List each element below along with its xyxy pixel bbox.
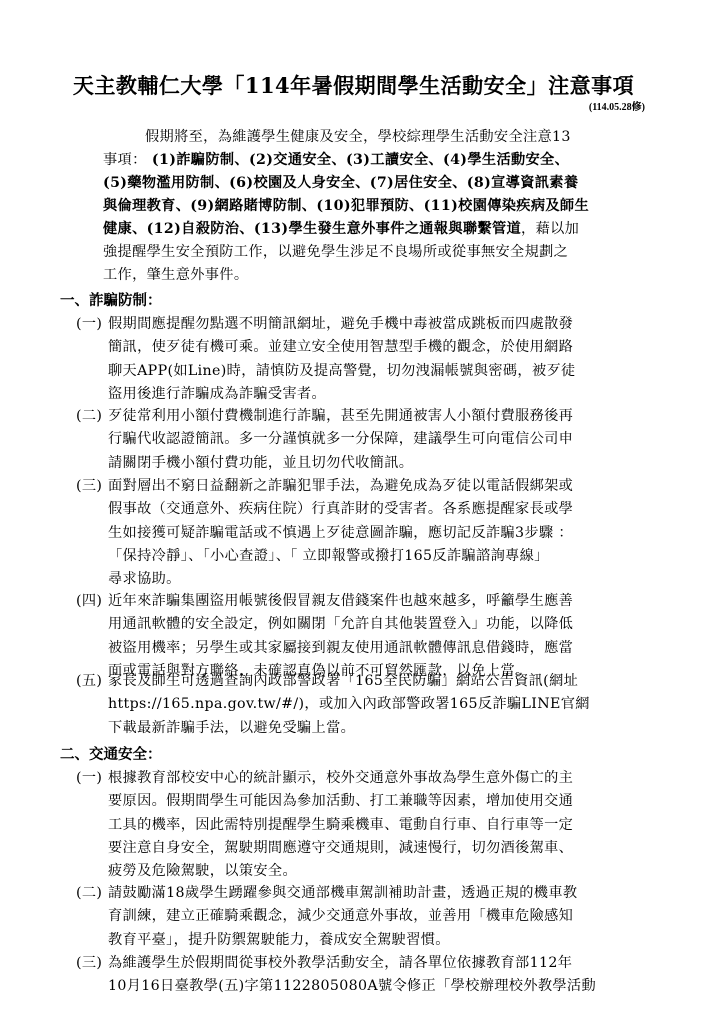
item-line: 近年來詐騙集團盜用帳號後假冒親友借錢案件也越來越多，呼籲學生應善 (108, 590, 573, 612)
item-line: 被盜用機率；另學生或其家屬接到親友使用通訊軟體傳訊息借錢時，應當 (108, 637, 573, 659)
document-page: 天主教輔仁大學「114年暑假期間學生活動安全」注意事項 (114.05.28修)… (0, 0, 707, 1030)
item-label: (五) (76, 670, 102, 692)
intro-line: 假期將至，為維護學生健康及安全，學校綜理學生活動安全注意13 (145, 126, 571, 148)
item-line: 請鼓勵滿18歲學生踴躍參與交通部機車駕訓補助計畫，透過正規的機車教 (108, 882, 577, 904)
item-label: (二) (76, 882, 102, 904)
item-line: 根據教育部校安中心的統計顯示，校外交通意外事故為學生意外傷亡的主 (108, 767, 573, 789)
text: 事項： (103, 152, 147, 168)
intro-line: 工作，肇生意外事件。 (103, 264, 248, 286)
text: 假期將至，為維護學生健康及安全，學校綜理學生活動安全注意13 (145, 129, 571, 145)
item-line: 盜用後進行詐騙成為詐騙受害者。 (108, 383, 326, 405)
intro-line: 事項： (1)詐騙防制、(2)交通安全、(3)工讀安全、(4)學生活動安全、 (103, 149, 569, 171)
item-line: 為維護學生於假期間從事校外教學活動安全，請各單位依據教育部112年 (108, 952, 572, 974)
item-line: 「保持冷靜」、「小心查證」、「 立即報警或撥打165反詐騙諮詢專線」 (108, 545, 549, 567)
document-title: 天主教輔仁大學「114年暑假期間學生活動安全」注意事項 (0, 70, 707, 100)
item-label: (一) (76, 767, 102, 789)
bold-text: 與倫理教育、(9)網路賭博防制、(10)犯罪預防、(11)校園傳染疾病及師生 (103, 198, 589, 214)
section-heading-traffic-safety: 二、交通安全： (60, 743, 162, 764)
item-line: 家長及師生可透過查詢內政部警政署「165全民防騙」網站公告資訊(網址 (108, 670, 578, 692)
item-line: 面對層出不窮日益翻新之詐騙犯罪手法，為避免成為歹徒以電話假綁架或 (108, 475, 573, 497)
intro-line: 健康、(12)自殺防治、(13)學生發生意外事件之通報與聯繫管道，藉以加 (103, 218, 579, 240)
item-line: 工具的機率，因此需特別提醒學生騎乘機車、電動自行車、自行車等一定 (108, 814, 573, 836)
item-line: 生如接獲可疑詐騙電話或不慎遇上歹徒意圖詐騙，應切記反詐騙3步驟 ： (108, 522, 573, 544)
item-line: https://165.npa.gov.tw/#/)，或加入內政部警政署165反… (108, 693, 590, 715)
item-label: (三) (76, 475, 102, 497)
revision-date: (114.05.28修) (589, 98, 645, 113)
item-line: 行騙代收認證簡訊。多一分謹慎就多一分保障，建議學生可向電信公司申 (108, 428, 573, 450)
item-line: 育訓練，建立正確騎乘觀念，減少交通意外事故，並善用「機車危險感知 (108, 905, 573, 927)
item-line: 要注意自身安全，駕駛期間應遵守交通規則，減速慢行，切勿酒後駕車、 (108, 837, 573, 859)
item-label: (四) (76, 590, 102, 612)
item-label: (二) (76, 405, 102, 427)
intro-line: 與倫理教育、(9)網路賭博防制、(10)犯罪預防、(11)校園傳染疾病及師生 (103, 195, 589, 217)
section-heading-fraud-prevention: 一、詐騙防制： (60, 289, 162, 310)
bold-text: (5)藥物濫用防制、(6)校園及人身安全、(7)居住安全、(8)宣導資訊素養 (103, 175, 578, 191)
item-line: 下載最新詐騙手法，以避免受騙上當。 (108, 717, 355, 739)
item-line: 假事故（交通意外、疾病住院）行真詐財的受害者。各系應提醒家長或學 (108, 498, 573, 520)
item-line: 疲勞及危險駕駛，以策安全。 (108, 860, 297, 882)
item-line: 教育平臺」，提升防禦駕駛能力，養成安全駕駛習慣。 (108, 929, 450, 951)
item-line: 假期間應提醒勿點選不明簡訊網址，避免手機中毒被當成跳板而四處散發 (108, 313, 573, 335)
text: 工作，肇生意外事件。 (103, 267, 248, 283)
bold-text: (1)詐騙防制、(2)交通安全、(3)工讀安全、(4)學生活動安全、 (147, 152, 570, 168)
item-line: 請關閉手機小額付費功能，並且切勿代收簡訊。 (108, 452, 413, 474)
item-label: (三) (76, 952, 102, 974)
item-line: 簡訊，使歹徒有機可乘。並建立安全使用智慧型手機的觀念，於使用網路 (108, 336, 573, 358)
bold-text: 健康、(12)自殺防治、(13)學生發生意外事件之通報與聯繫管道 (103, 221, 521, 237)
item-line: 歹徒常利用小額付費機制進行詐騙，甚至先開通被害人小額付費服務後再 (108, 405, 573, 427)
item-line: 用通訊軟體的安全設定，例如關閉「允許自其他裝置登入」功能，以降低 (108, 613, 573, 635)
text: 強提醒學生安全預防工作，以避免學生涉足不良場所或從事無安全規劃之 (103, 244, 568, 260)
item-line: 聊天APP(如Line)時，請慎防及提高警覺，切勿洩漏帳號與密碼，被歹徒 (108, 360, 576, 382)
item-label: (一) (76, 313, 102, 335)
text: ，藉以加 (521, 221, 579, 237)
item-line: 尋求協助。 (108, 568, 181, 590)
item-line: 10月16日臺教學(五)字第1122805080A號令修正「學校辦理校外教學活動 (108, 975, 596, 997)
intro-line: 強提醒學生安全預防工作，以避免學生涉足不良場所或從事無安全規劃之 (103, 241, 568, 263)
item-line: 要原因。假期間學生可能因為參加活動、打工兼職等因素，增加使用交通 (108, 790, 573, 812)
intro-line: (5)藥物濫用防制、(6)校園及人身安全、(7)居住安全、(8)宣導資訊素養 (103, 172, 578, 194)
